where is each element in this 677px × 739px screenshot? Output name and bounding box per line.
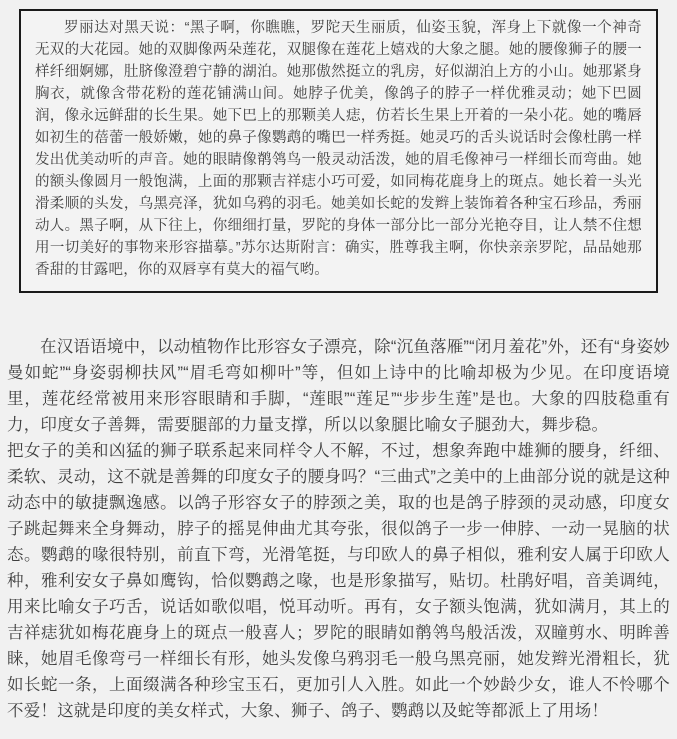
article-body: 在汉语语境中，以动植物作比形容女子漂亮，除“沉鱼落雁”“闭月羞花”外，还有“身姿…	[7, 334, 670, 724]
quote-box: 罗丽达对黑天说：“黑子啊，你瞧瞧，罗陀天生丽质，仙姿玉貌，浑身上下就像一个神奇无…	[19, 9, 658, 293]
document-page: { "page": { "background_color": "#f1f1f1…	[0, 0, 677, 739]
quote-paragraph: 罗丽达对黑天说：“黑子啊，你瞧瞧，罗陀天生丽质，仙姿玉貌，浑身上下就像一个神奇无…	[35, 17, 642, 281]
body-paragraph-2: 把女子的美和凶猛的狮子联系起来同样令人不解，不过，想象奔跑中雄狮的腰身，纤细、柔…	[7, 438, 670, 724]
body-paragraph-1: 在汉语语境中，以动植物作比形容女子漂亮，除“沉鱼落雁”“闭月羞花”外，还有“身姿…	[7, 334, 670, 438]
